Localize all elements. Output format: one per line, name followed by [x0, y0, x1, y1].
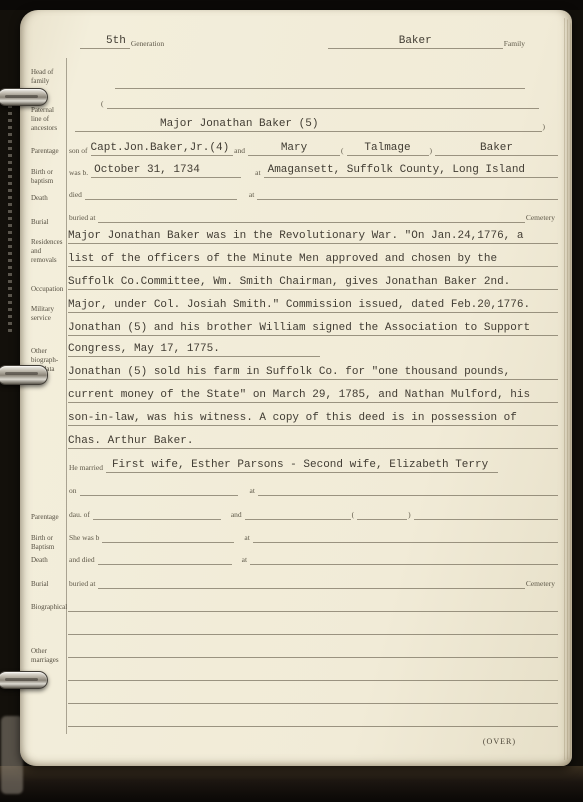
blank-line: [68, 712, 558, 727]
biography-text: list of the officers of the Minute Men a…: [68, 252, 558, 267]
birth-row: was b. October 31, 1734 at Amagansett, S…: [68, 162, 558, 178]
died-label: died: [68, 190, 85, 200]
spouse-birth-date-blank: [102, 528, 234, 543]
marriage-row: He married First wife, Esther Parsons - …: [68, 457, 558, 473]
header-blank-segment: [80, 34, 102, 49]
spine-imprint-mark: [8, 98, 12, 333]
name-line-paren: (: [100, 93, 539, 109]
margin-label-occupation: Occupation: [31, 285, 66, 294]
spouse-death-row: and died at: [68, 549, 558, 565]
margin-label-birth-2: Birth or Baptism: [31, 534, 66, 552]
dark-top-band: [0, 0, 583, 10]
family-label: Family: [503, 39, 528, 49]
margin-label-death: Death: [31, 194, 66, 203]
spouse-death-date-blank: [98, 550, 232, 565]
blank-line-row: [68, 688, 558, 704]
spouse-birth-row: She was b at: [68, 527, 558, 543]
at-label: at: [234, 533, 252, 543]
biography-text: son-in-law, was his witness. A copy of t…: [68, 411, 558, 426]
biography-line: list of the officers of the Minute Men a…: [68, 251, 558, 267]
at-label: at: [232, 555, 250, 565]
he-married-label: He married: [68, 463, 106, 473]
generation-value: 5th: [102, 34, 130, 49]
wives-names: First wife, Esther Parsons - Second wife…: [106, 458, 498, 473]
at-label: at: [237, 190, 257, 200]
head-of-family-name-row: Major Jonathan Baker (5) ): [75, 116, 548, 132]
binder-ring-bottom: [0, 671, 48, 689]
at-label: at: [238, 486, 258, 496]
biography-line: Chas. Arthur Baker.: [68, 433, 558, 449]
blank-line: [68, 689, 558, 704]
death-date-blank: [85, 185, 237, 200]
spouse-parentage-row: dau. of and ( ): [68, 504, 558, 520]
genealogy-form-page: Head of family Paternal line of ancestor…: [20, 10, 572, 766]
biography-text: Congress, May 17, 1775.: [68, 342, 320, 357]
buried-at-label: buried at: [68, 579, 98, 589]
buried-at-label: buried at: [68, 213, 98, 223]
marriage-date-row: on at: [68, 480, 558, 496]
and-label: and: [233, 146, 248, 156]
dark-bottom-band: [0, 766, 583, 802]
biography-text: Chas. Arthur Baker.: [68, 434, 558, 449]
margin-label-military: Military service: [31, 305, 66, 323]
biography-line: Suffolk Co.Committee, Wm. Smith Chairman…: [68, 274, 558, 290]
mother-first-name: Mary: [248, 141, 340, 156]
blank-line: [68, 620, 558, 635]
margin-label-biographical: Biographical: [31, 603, 66, 612]
margin-label-parentage-2: Parentage: [31, 513, 66, 522]
name-line-blank: [115, 73, 525, 89]
and-died-label: and died: [68, 555, 98, 565]
spouse-death-place-blank: [250, 550, 558, 565]
spouse-father-blank: [93, 505, 221, 520]
at-label: at: [241, 168, 263, 178]
blank-line-row: [68, 619, 558, 635]
birth-place: Amagansett, Suffolk County, Long Island: [264, 163, 558, 178]
over-label: (OVER): [483, 737, 516, 746]
blank-line: [107, 94, 540, 109]
biography-text: Major Jonathan Baker was in the Revoluti…: [68, 229, 558, 244]
family-name-value: Baker: [328, 34, 503, 49]
mother-maiden-name: Talmage: [347, 141, 429, 156]
cemetery-label: Cemetery: [525, 213, 558, 223]
head-of-family-name: Major Jonathan Baker (5): [75, 117, 542, 132]
margin-label-birth: Birth or baptism: [31, 168, 66, 186]
margin-label-residences: Residences and removals: [31, 238, 66, 265]
parentage-row: son of Capt.Jon.Baker,Jr.(4) and Mary ( …: [68, 140, 558, 156]
blank-line: [115, 74, 525, 89]
biography-text: Major, under Col. Josiah Smith." Commiss…: [68, 298, 558, 313]
blank-line-row: [68, 642, 558, 658]
spouse-mother-blank: [245, 505, 351, 520]
close-paren: ): [542, 122, 549, 132]
she-was-born-label: She was b: [68, 533, 102, 543]
margin-label-other-marriages: Other marriages: [31, 647, 66, 665]
blank-line: [68, 597, 558, 612]
spouse-maiden-blank: [357, 505, 407, 520]
death-row: died at: [68, 184, 558, 200]
margin-label-burial-2: Burial: [31, 580, 66, 589]
marriage-date-blank: [80, 481, 238, 496]
binder-ring-top: [0, 88, 48, 106]
marriage-place-blank: [258, 481, 558, 496]
dau-of-label: dau. of: [68, 510, 93, 520]
and-label: and: [221, 510, 245, 520]
burial-place-blank: [98, 208, 524, 223]
was-born-label: was b.: [68, 168, 91, 178]
blank-line-row: [68, 711, 558, 727]
biography-line: Jonathan (5) sold his farm in Suffolk Co…: [68, 364, 558, 380]
margin-rule-line: [66, 58, 67, 734]
son-of-label: son of: [68, 146, 91, 156]
blank-line: [68, 643, 558, 658]
biography-text: Jonathan (5) sold his farm in Suffolk Co…: [68, 365, 558, 380]
biography-line: Jonathan (5) and his brother William sig…: [68, 320, 558, 336]
header-row: 5th Generation Baker Family: [80, 33, 528, 49]
binder-ring-middle: [0, 365, 48, 385]
spouse-surname-blank: [414, 505, 558, 520]
margin-label-head-of-family: Head of family: [31, 68, 66, 86]
scanned-book-photo: Head of family Paternal line of ancestor…: [0, 0, 583, 802]
biography-line: Major Jonathan Baker was in the Revoluti…: [68, 228, 558, 244]
margin-label-death-2: Death: [31, 556, 66, 565]
margin-label-parentage: Parentage: [31, 147, 66, 156]
spouse-burial-row: buried at Cemetery: [68, 573, 558, 589]
spouse-birth-place-blank: [253, 528, 558, 543]
burial-row: buried at Cemetery: [68, 207, 558, 223]
mother-surname: Baker: [435, 141, 558, 156]
biography-text: Jonathan (5) and his brother William sig…: [68, 321, 558, 336]
cemetery-label: Cemetery: [525, 579, 558, 589]
biography-text: Suffolk Co.Committee, Wm. Smith Chairman…: [68, 275, 558, 290]
blank-line-row: [68, 596, 558, 612]
margin-label-burial: Burial: [31, 218, 66, 227]
biography-line: Congress, May 17, 1775.: [68, 341, 558, 357]
spouse-burial-place-blank: [98, 574, 524, 589]
blank-line: [68, 666, 558, 681]
birth-date: October 31, 1734: [91, 163, 241, 178]
father-name: Capt.Jon.Baker,Jr.(4): [91, 141, 234, 156]
death-place-blank: [257, 185, 558, 200]
biography-line: current money of the State" on March 29,…: [68, 387, 558, 403]
biography-text: current money of the State" on March 29,…: [68, 388, 558, 403]
biography-line: son-in-law, was his witness. A copy of t…: [68, 410, 558, 426]
on-label: on: [68, 486, 80, 496]
margin-label-paternal-line: Paternal line of ancestors: [31, 106, 66, 133]
biography-line: Major, under Col. Josiah Smith." Commiss…: [68, 297, 558, 313]
blank-line-row: [68, 665, 558, 681]
generation-label: Generation: [130, 39, 167, 49]
